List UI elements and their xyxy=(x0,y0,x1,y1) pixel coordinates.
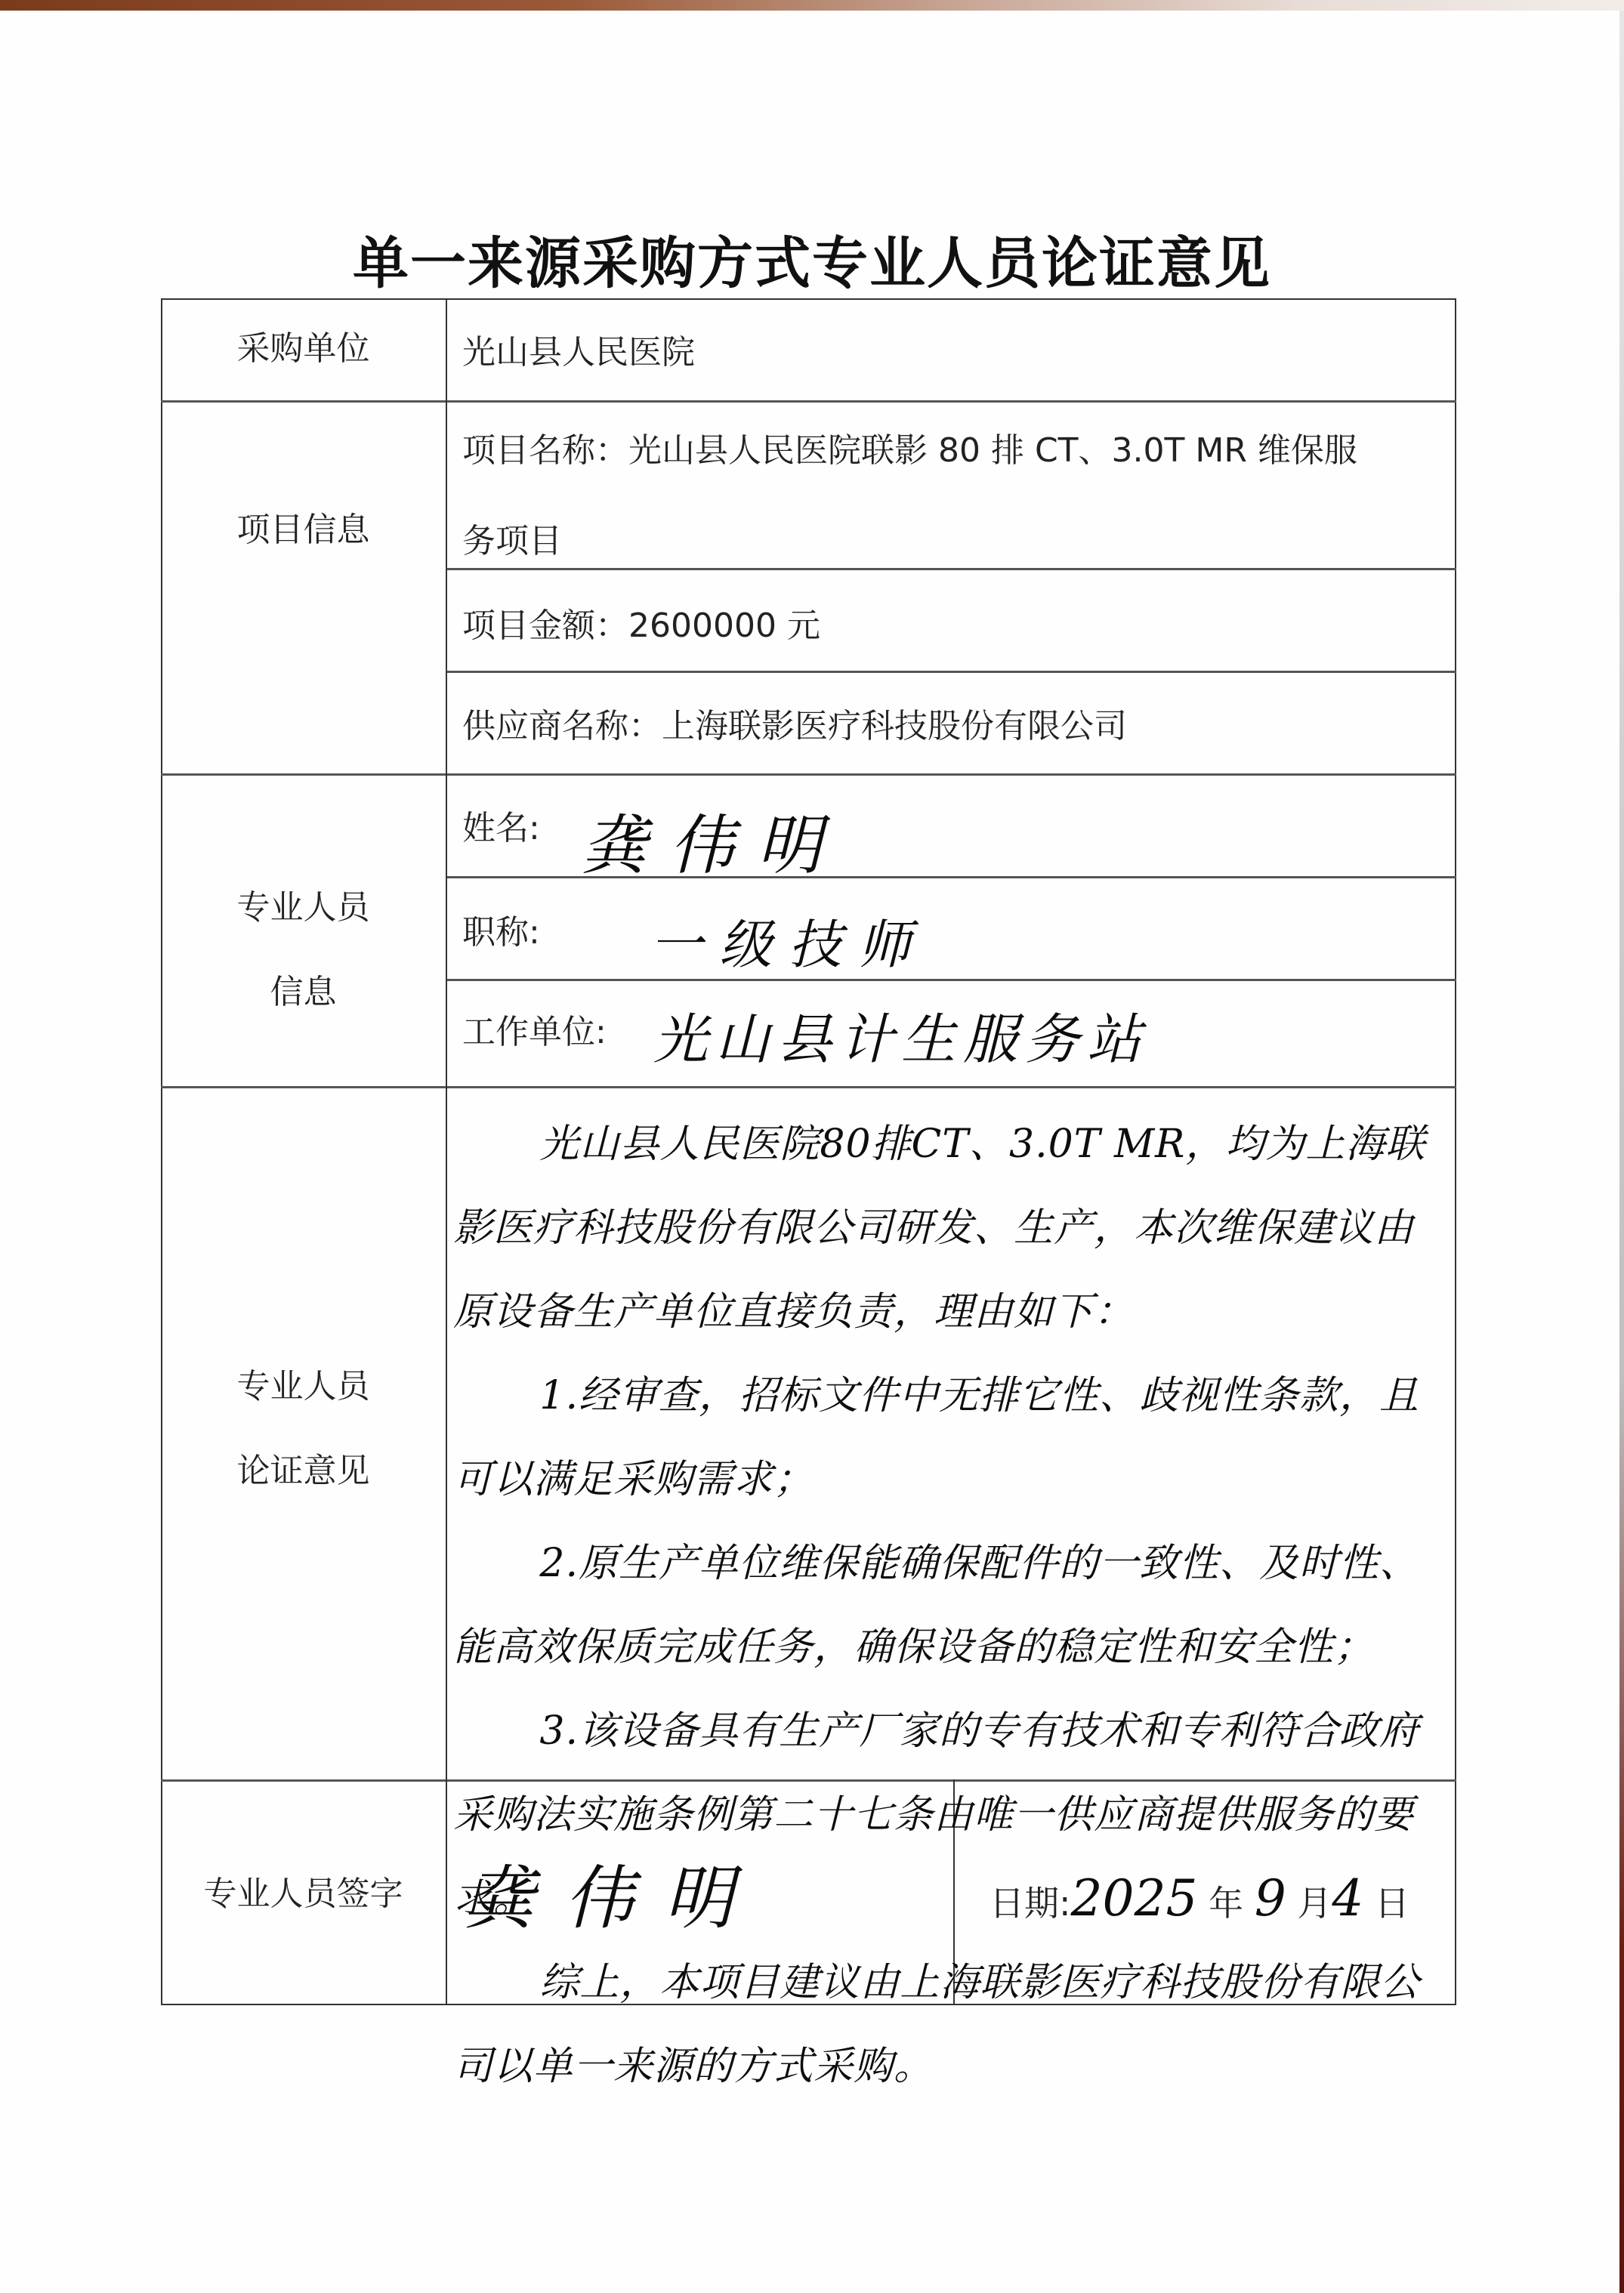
date-year: 2025 xyxy=(1071,1869,1198,1927)
column-divider xyxy=(446,298,447,2005)
signature-label: 专业人员签字 xyxy=(161,1852,446,1937)
expert-unit-label: 工作单位: xyxy=(462,1005,607,1053)
opinion-paragraph: 综上，本项目建议由上海联影医疗科技股份有限公司以单一来源的方式采购。 xyxy=(453,1941,1450,2109)
opinion-label-line2: 论证意见 xyxy=(161,1429,446,1514)
opinion-paragraph: 光山县人民医院80排CT、3.0T MR，均为上海联影医疗科技股份有限公司研发、… xyxy=(453,1103,1450,1354)
date-year-unit: 年 xyxy=(1209,1883,1243,1924)
expert-title-handwritten: 一级技师 xyxy=(650,903,928,979)
project-amount: 项目金额：2600000 元 xyxy=(462,598,820,647)
opinion-paragraph: 1.经审查，招标文件中无排它性、歧视性条款，且可以满足采购需求； xyxy=(453,1354,1450,1522)
opinion-paragraph: 2.原生产单位维保能确保配件的一致性、及时性、能高效保质完成任务，确保设备的稳定… xyxy=(453,1522,1450,1690)
expert-title-label: 职称: xyxy=(462,905,540,953)
row-divider xyxy=(446,979,1456,981)
opinion-label-line1: 专业人员 xyxy=(161,1344,446,1429)
expert-info-label-line2: 信息 xyxy=(161,950,446,1035)
project-name-line2: 务项目 xyxy=(462,514,562,562)
date-day-unit: 日 xyxy=(1375,1883,1409,1924)
project-name-line1: 项目名称：光山县人民医院联影 80 排 CT、3.0T MR 维保服 xyxy=(462,423,1357,471)
row-divider xyxy=(446,568,1456,570)
background-wood-edge-right xyxy=(1619,11,1624,2293)
project-info-label: 项目信息 xyxy=(161,488,446,572)
row-divider xyxy=(446,671,1456,673)
signature-date: 日期:2025 年 9 月4 日 xyxy=(990,1869,1409,1927)
expert-unit-handwritten: 光山县计生服务站 xyxy=(653,995,1149,1074)
expert-info-label-line1: 专业人员 xyxy=(161,866,446,950)
document-title: 单一来源采购方式专业人员论证意见 xyxy=(0,219,1624,299)
expert-name-label: 姓名: xyxy=(462,801,540,849)
date-month-unit: 月 xyxy=(1297,1883,1332,1924)
background-wood-edge-top xyxy=(0,0,1624,11)
signature-handwritten: 龚伟明 xyxy=(465,1843,764,1943)
opinion-handwritten-text: 光山县人民医院80排CT、3.0T MR，均为上海联影医疗科技股份有限公司研发、… xyxy=(453,1103,1450,2109)
row-divider xyxy=(161,400,1456,403)
date-month: 9 xyxy=(1255,1869,1286,1927)
expert-name-handwritten: 龚伟明 xyxy=(582,793,844,887)
date-day: 4 xyxy=(1332,1869,1363,1927)
date-label: 日期: xyxy=(990,1883,1071,1924)
purchaser-value: 光山县人民医院 xyxy=(462,325,695,373)
row-divider xyxy=(161,1086,1456,1088)
supplier-name: 供应商名称：上海联影医疗科技股份有限公司 xyxy=(462,699,1127,747)
row-divider xyxy=(161,773,1456,776)
purchaser-label: 采购单位 xyxy=(161,307,446,391)
